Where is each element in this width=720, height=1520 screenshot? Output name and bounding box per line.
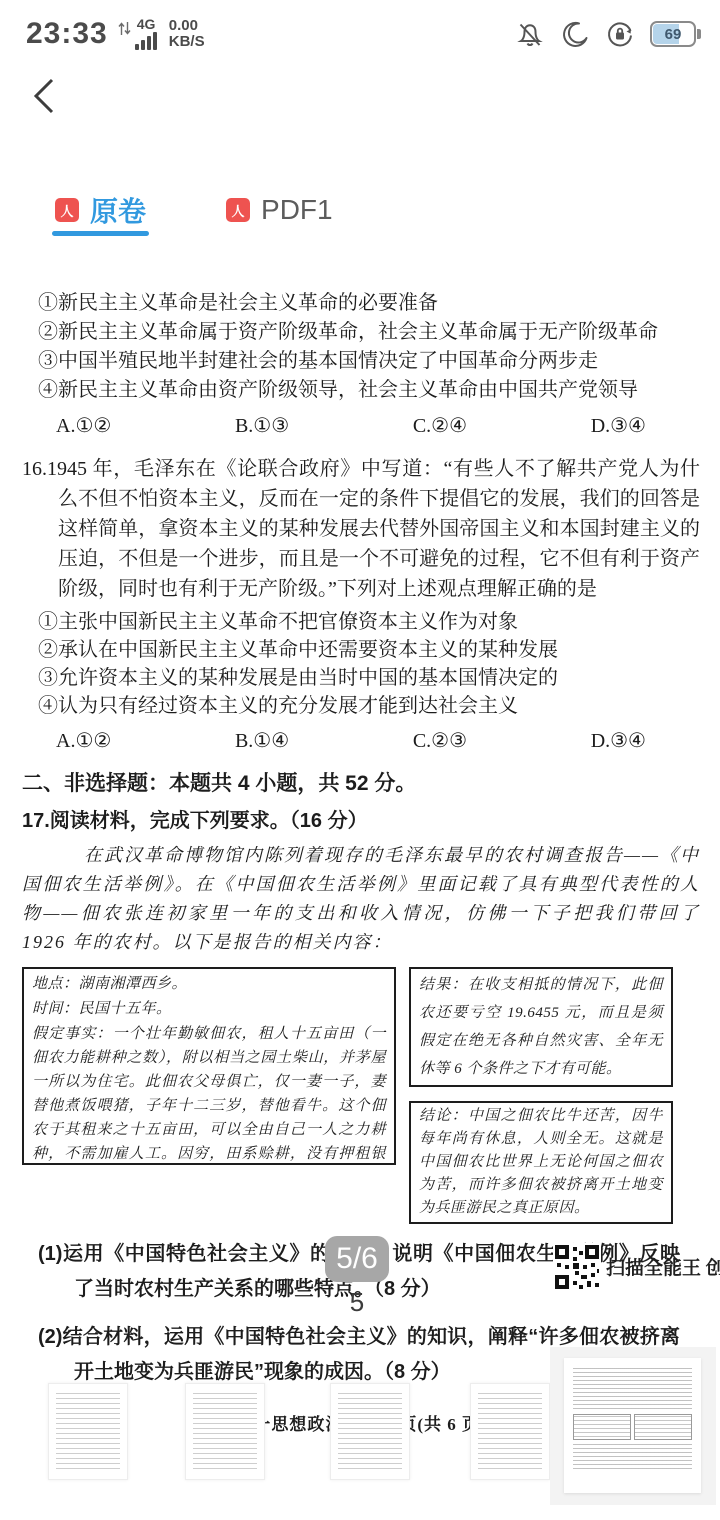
tab-label: 原卷: [90, 190, 146, 230]
q16-items: ①主张中国新民主主义革命不把官僚资本主义作为对象 ②承认在中国新民主主义革命中还…: [22, 608, 700, 720]
q15-option-a: A.①②: [56, 412, 111, 440]
material-assumed-facts: 假定事实：一个壮年勤敏佃农，租人十五亩田（一佃农力能耕种之数），附以相当之园土柴…: [32, 1022, 386, 1165]
q16-option-d: D.③④: [591, 727, 646, 755]
page-indicator-pill: 5/6: [325, 1236, 389, 1282]
battery-nub: [697, 29, 701, 39]
page-thumbnail-3[interactable]: [330, 1383, 410, 1480]
network-speed-unit: KB/S: [169, 34, 205, 50]
q17-material-paragraph: 在武汉革命博物馆内陈列着现存的毛泽东最早的农村调查报告——《中国佃农生活举例》。…: [22, 841, 700, 957]
tab-pdf1[interactable]: 人 PDF1: [226, 194, 333, 226]
chevron-left-icon: [28, 76, 62, 116]
q15-item: ④新民主主义革命由资产阶级领导，社会主义革命由中国共产党领导: [38, 376, 700, 405]
back-button[interactable]: [28, 76, 62, 116]
page-thumbnail-1[interactable]: [48, 1383, 128, 1480]
material-time: 时间：民国十五年。: [32, 997, 386, 1021]
q16-options: A.①② B.①④ C.②③ D.③④: [56, 727, 646, 755]
network-indicator: 4G: [135, 18, 157, 50]
pdf-icon: 人: [55, 198, 79, 222]
material-location: 地点：湖南湘潭西乡。: [32, 972, 386, 996]
q16-option-a: A.①②: [56, 727, 111, 755]
thumbnail-content: [573, 1368, 692, 1410]
q15-option-c: C.②④: [413, 412, 467, 440]
thumbnail-content: [56, 1393, 120, 1471]
network-speed: 0.00 KB/S: [169, 18, 205, 50]
material-box-conclusion: 结论：中国之佃农比牛还苦，因牛每年尚有休息，人则全无。这就是中国佃农比世界上无论…: [409, 1101, 673, 1224]
tab-label: PDF1: [261, 194, 333, 226]
status-bar: 23:33 4G 0.00 KB/S: [0, 0, 720, 62]
q16-option-b: B.①④: [235, 727, 289, 755]
clock: 23:33: [26, 17, 108, 51]
thumbnail-content: [573, 1444, 692, 1470]
updown-arrows-icon: [118, 20, 131, 37]
qr-code: [553, 1243, 601, 1291]
q17-intro: 17.阅读材料，完成下列要求。（16 分）: [22, 808, 700, 834]
thumbnail-content: [193, 1393, 257, 1471]
page-thumbnail-2[interactable]: [185, 1383, 265, 1480]
thumbnail-material-box: [573, 1414, 631, 1440]
q17-material-table: 地点：湖南湘潭西乡。 时间：民国十五年。 假定事实：一个壮年勤敏佃农，租人十五亩…: [22, 967, 700, 1224]
q16-item: ④认为只有经过资本主义的充分发展才能到达社会主义: [38, 692, 700, 720]
thumbnail-material-boxes: [573, 1414, 692, 1440]
thumbnail-material-box: [634, 1414, 692, 1440]
thumbnail-content: [478, 1393, 542, 1471]
pdf-icon: 人: [226, 198, 250, 222]
q15-item: ③中国半殖民地半封建社会的基本国情决定了中国革命分两步走: [38, 347, 700, 376]
camscanner-watermark: 扫描全能王 创建: [606, 1253, 720, 1280]
network-type-label: 4G: [137, 18, 156, 31]
battery-icon: 69: [650, 21, 696, 47]
tab-original-paper[interactable]: 人 原卷: [55, 190, 146, 230]
q16-item: ③允许资本主义的某种发展是由当时中国的基本国情决定的: [38, 664, 700, 692]
page-number-label: 5: [325, 1287, 389, 1318]
crescent-moon-icon: [560, 19, 590, 49]
q15-item: ②新民主主义革命属于资产阶级革命，社会主义革命属于无产阶级革命: [38, 318, 700, 347]
q16-stem: 16.1945 年，毛泽东在《论联合政府》中写道：“有些人不了解共产党人为什么不…: [22, 454, 700, 604]
bell-slash-icon: [515, 19, 545, 49]
section2-heading: 二、非选择题：本题共 4 小题，共 52 分。: [22, 771, 700, 797]
network-speed-value: 0.00: [169, 18, 205, 34]
page-thumbnail-4[interactable]: [470, 1383, 550, 1480]
q15-items: ①新民主主义革命是社会主义革命的必要准备 ②新民主主义革命属于资产阶级革命，社会…: [22, 289, 700, 405]
thumbnail-content: [338, 1393, 402, 1471]
signal-bars-icon: [135, 32, 157, 50]
rotation-lock-icon: [605, 19, 635, 49]
q15-option-b: B.①③: [235, 412, 289, 440]
material-box-facts: 地点：湖南湘潭西乡。 时间：民国十五年。 假定事实：一个壮年勤敏佃农，租人十五亩…: [22, 967, 396, 1165]
q16-option-c: C.②③: [413, 727, 467, 755]
q15-options: A.①② B.①③ C.②④ D.③④: [56, 412, 646, 440]
tab-bar: 人 原卷 人 PDF1: [0, 184, 720, 236]
q15-option-d: D.③④: [591, 412, 646, 440]
active-tab-underline: [52, 231, 149, 236]
q16-item: ①主张中国新民主主义革命不把官僚资本主义作为对象: [38, 608, 700, 636]
page-thumbnail-5-selected[interactable]: [550, 1347, 716, 1505]
q16-item: ②承认在中国新民主主义革命中还需要资本主义的某种发展: [38, 636, 700, 664]
page-thumbnail-strip: [0, 1340, 720, 1520]
material-box-result: 结果：在收支相抵的情况下，此佃农还要亏空 19.6455 元，而且是须假定在绝无…: [409, 967, 673, 1087]
q15-item: ①新民主主义革命是社会主义革命的必要准备: [38, 289, 700, 318]
thumbnail-page: [564, 1358, 701, 1493]
battery-percent: 69: [652, 23, 694, 45]
